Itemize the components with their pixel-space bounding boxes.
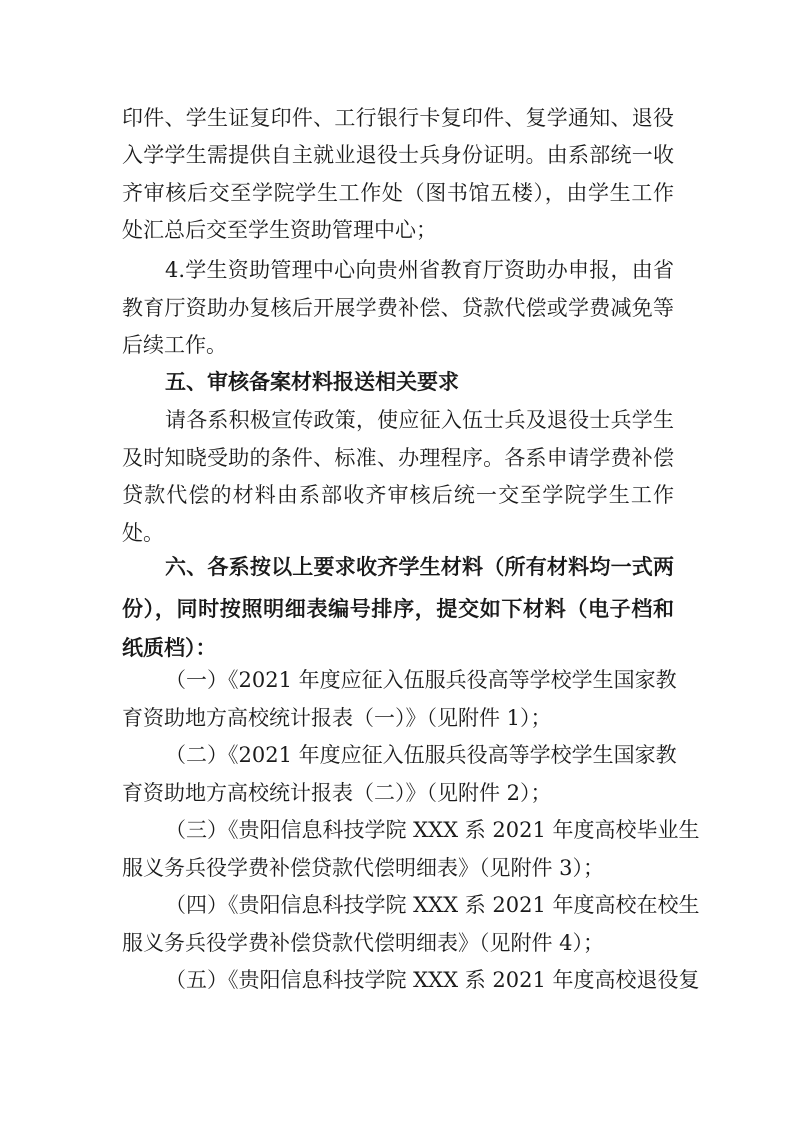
attachment-item-1-cont: 育资助地方高校统计报表（一）》（见附件 1）； [122, 703, 674, 733]
attachment-item-1: （一）《2021 年度应征入伍服兵役高等学校学生国家教 [165, 665, 674, 695]
attachment-item-4-cont: 服义务兵役学费补偿贷款代偿明细表》（见附件 4）； [122, 928, 674, 958]
attachment-item-3: （三）《贵阳信息科技学院 XXX 系 2021 年度高校毕业生 [165, 815, 674, 845]
paragraph-line: 处汇总后交至学生资助管理中心； [122, 215, 674, 245]
attachment-item-2-cont: 育资助地方高校统计报表（二）》（见附件 2）； [122, 778, 674, 808]
attachment-item-5: （五）《贵阳信息科技学院 XXX 系 2021 年度高校退役复 [165, 965, 674, 995]
section-6-heading-line: 六、各系按以上要求收齐学生材料（所有材料均一式两 [165, 552, 674, 582]
section-5-paragraph-line: 贷款代偿的材料由系部收齐审核后统一交至学院学生工作 [122, 480, 674, 510]
section-5-heading: 五、审核备案材料报送相关要求 [165, 367, 674, 397]
paragraph-line: 入学学生需提供自主就业退役士兵身份证明。由系部统一收 [122, 140, 674, 170]
section-5-paragraph-line: 处。 [122, 518, 674, 548]
attachment-item-3-cont: 服义务兵役学费补偿贷款代偿明细表》（见附件 3）； [122, 853, 674, 883]
paragraph-line: 齐审核后交至学院学生工作处（图书馆五楼），由学生工作 [122, 178, 674, 208]
document-page: 印件、学生证复印件、工行银行卡复印件、复学通知、退役 入学学生需提供自主就业退役… [0, 0, 793, 1122]
attachment-item-4: （四）《贵阳信息科技学院 XXX 系 2021 年度高校在校生 [165, 890, 674, 920]
section-6-heading-line: 份），同时按照明细表编号排序，提交如下材料（电子档和 [122, 594, 674, 624]
section-5-paragraph-line: 请各系积极宣传政策，使应征入伍士兵及退役士兵学生 [165, 405, 674, 435]
step-4-line: 4.学生资助管理中心向贵州省教育厅资助办申报，由省 [165, 255, 674, 285]
step-4-line: 后续工作。 [122, 330, 674, 360]
paragraph-line: 印件、学生证复印件、工行银行卡复印件、复学通知、退役 [122, 103, 674, 133]
attachment-item-2: （二）《2021 年度应征入伍服兵役高等学校学生国家教 [165, 740, 674, 770]
step-4-line: 教育厅资助办复核后开展学费补偿、贷款代偿或学费减免等 [122, 293, 674, 323]
section-5-paragraph-line: 及时知晓受助的条件、标准、办理程序。各系申请学费补偿 [122, 443, 674, 473]
section-6-heading-line: 纸质档）： [122, 633, 674, 663]
